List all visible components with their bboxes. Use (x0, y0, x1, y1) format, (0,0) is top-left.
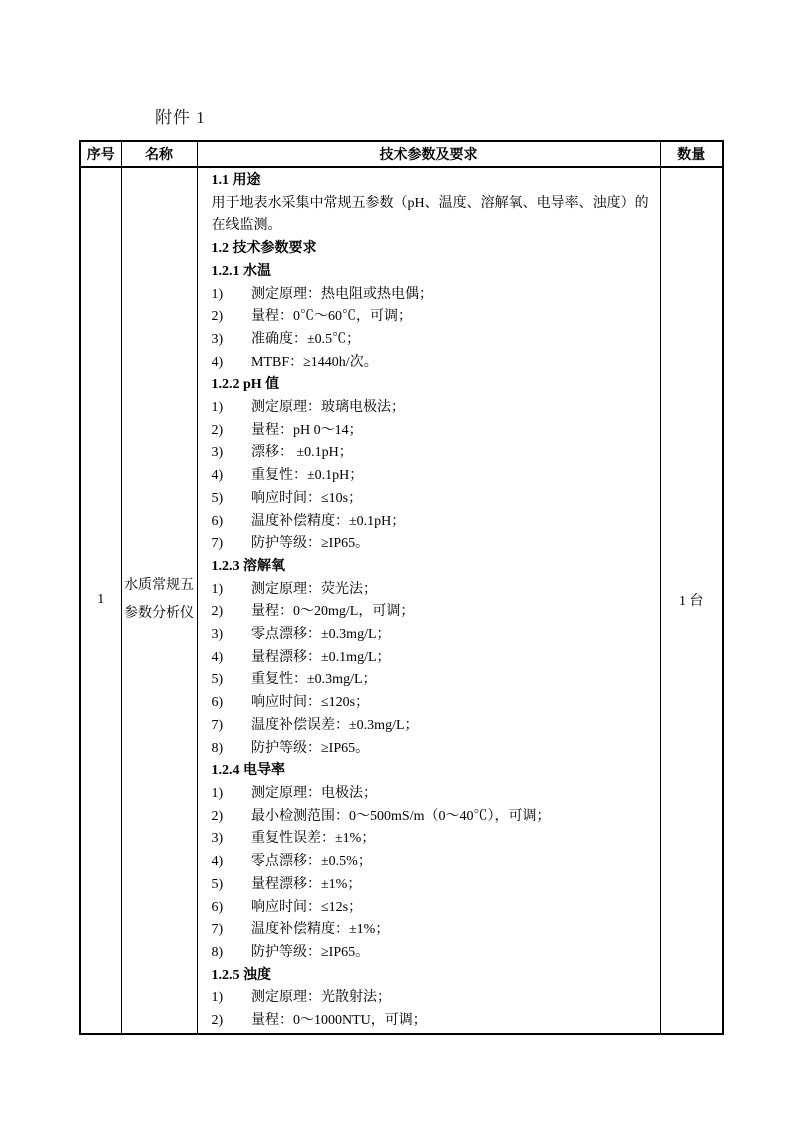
spec-item-number: 1) (212, 783, 248, 806)
spec-item-number: 5) (212, 669, 248, 692)
spec-item-number: 2) (212, 306, 248, 329)
spec-line: 1.2.2 pH 值 (212, 374, 654, 397)
header-name: 名称 (121, 141, 197, 167)
spec-line-text: MTBF：≥1440h/次。 (251, 355, 378, 370)
spec-line-text: 1.2 技术参数要求 (212, 241, 317, 256)
spec-line-text: 重复性误差：±1%； (251, 831, 375, 846)
spec-line: 2) 量程：0～1000NTU，可调； (212, 1010, 654, 1033)
spec-line-text: 防护等级：≥IP65。 (251, 945, 369, 960)
spec-line: 8) 防护等级：≥IP65。 (212, 738, 654, 761)
spec-line-text: 1.2.1 水温 (212, 264, 272, 279)
spec-item-number: 3) (212, 624, 248, 647)
spec-item-number: 5) (212, 874, 248, 897)
table-header-row: 序号 名称 技术参数及要求 数量 (80, 141, 723, 167)
spec-line-text: 温度补偿误差：±0.3mg/L； (251, 718, 419, 733)
spec-line: 1.2 技术参数要求 (212, 238, 654, 261)
spec-line-text: 响应时间：≤10s； (251, 491, 362, 506)
spec-line: 1.2.5 浊度 (212, 965, 654, 988)
table-row: 1 水质常规五参数分析仪 1.1 用途 用于地表水采集中常规五参数（pH、温度、… (80, 167, 723, 1034)
header-seq: 序号 (80, 141, 121, 167)
spec-item-number: 8) (212, 738, 248, 761)
spec-item-number: 4) (212, 465, 248, 488)
spec-line: 1.2.1 水温 (212, 261, 654, 284)
spec-item-number: 7) (212, 919, 248, 942)
spec-item-number: 3) (212, 329, 248, 352)
spec-line: 5) 重复性：±0.3mg/L； (212, 669, 654, 692)
spec-line-text: 1.2.5 浊度 (212, 968, 272, 983)
document-page: 附件 1 序号 名称 技术参数及要求 数量 1 水质常规五参数分析仪 (0, 0, 800, 1131)
spec-cell: 1.1 用途 用于地表水采集中常规五参数（pH、温度、溶解氧、电导率、浊度）的在… (197, 167, 660, 1034)
spec-line: 6) 响应时间：≤12s； (212, 897, 654, 920)
spec-line-text: 量程：0～1000NTU，可调； (251, 1013, 427, 1028)
spec-item-number: 2) (212, 806, 248, 829)
spec-line: 2) 量程：0℃～60℃，可调； (212, 306, 654, 329)
spec-line: 6) 响应时间：≤120s； (212, 692, 654, 715)
spec-line-text: 量程：0～20mg/L，可调； (251, 604, 414, 619)
qty-cell: 1 台 (660, 167, 723, 1034)
spec-line: 3) 漂移： ±0.1pH； (212, 442, 654, 465)
spec-item-number: 6) (212, 511, 248, 534)
spec-line: 5) 量程漂移：±1%； (212, 874, 654, 897)
spec-line: 1) 测定原理：热电阻或热电偶； (212, 284, 654, 307)
spec-line-text: 重复性：±0.1pH； (251, 468, 363, 483)
spec-line: 4) 重复性：±0.1pH； (212, 465, 654, 488)
spec-item-number: 2) (212, 420, 248, 443)
spec-line: 3) 零点漂移：±0.3mg/L； (212, 624, 654, 647)
spec-line-text: 量程漂移：±0.1mg/L； (251, 650, 391, 665)
spec-item-number: 7) (212, 533, 248, 556)
spec-line: 用于地表水采集中常规五参数（pH、温度、溶解氧、电导率、浊度）的在线监测。 (212, 193, 654, 238)
spec-item-number: 1) (212, 284, 248, 307)
spec-line-text: 零点漂移：±0.5%； (251, 854, 372, 869)
spec-line: 1.2.3 溶解氧 (212, 556, 654, 579)
spec-item-number: 8) (212, 942, 248, 965)
spec-line: 3) 准确度：±0.5℃； (212, 329, 654, 352)
spec-line-list: 1.1 用途 用于地表水采集中常规五参数（pH、温度、溶解氧、电导率、浊度）的在… (212, 170, 654, 1033)
spec-line: 4) 量程漂移：±0.1mg/L； (212, 647, 654, 670)
spec-line-text: 1.2.4 电导率 (212, 763, 286, 778)
spec-line: 7) 防护等级：≥IP65。 (212, 533, 654, 556)
spec-item-number: 4) (212, 647, 248, 670)
attachment-title: 附件 1 (155, 103, 206, 128)
spec-table: 序号 名称 技术参数及要求 数量 1 水质常规五参数分析仪 1.1 用途 (79, 140, 724, 1035)
spec-line-text: 温度补偿精度：±1%； (251, 922, 389, 937)
spec-line: 1) 测定原理：荧光法； (212, 579, 654, 602)
spec-line-text: 重复性：±0.3mg/L； (251, 672, 377, 687)
header-spec: 技术参数及要求 (197, 141, 660, 167)
spec-item-number: 3) (212, 442, 248, 465)
spec-line-text: 1.1 用途 (212, 173, 261, 188)
spec-line-text: 量程：0℃～60℃，可调； (251, 309, 412, 324)
spec-item-number: 4) (212, 352, 248, 375)
spec-line: 4) MTBF：≥1440h/次。 (212, 352, 654, 375)
spec-line: 8) 防护等级：≥IP65。 (212, 942, 654, 965)
spec-item-number: 1) (212, 397, 248, 420)
spec-line: 1) 测定原理：光散射法； (212, 987, 654, 1010)
spec-line-text: 漂移： ±0.1pH； (251, 445, 353, 460)
spec-line: 1) 测定原理：玻璃电极法； (212, 397, 654, 420)
spec-line-text: 测定原理：热电阻或热电偶； (251, 287, 433, 302)
spec-line-text: 准确度：±0.5℃； (251, 332, 360, 347)
seq-cell: 1 (80, 167, 121, 1034)
spec-item-number: 7) (212, 715, 248, 738)
spec-line-text: 最小检测范围：0～500mS/m（0～40℃），可调； (251, 809, 550, 824)
spec-line-text: 防护等级：≥IP65。 (251, 741, 369, 756)
spec-line-text: 响应时间：≤12s； (251, 900, 362, 915)
spec-line: 5) 响应时间：≤10s； (212, 488, 654, 511)
spec-line: 2) 量程：pH 0～14； (212, 420, 654, 443)
spec-line-text: 量程漂移：±1%； (251, 877, 361, 892)
spec-line: 1.2.4 电导率 (212, 760, 654, 783)
spec-line-text: 用于地表水采集中常规五参数（pH、温度、溶解氧、电导率、浊度）的在线监测。 (212, 196, 649, 234)
spec-item-number: 4) (212, 851, 248, 874)
spec-item-number: 6) (212, 897, 248, 920)
spec-line-text: 1.2.3 溶解氧 (212, 559, 286, 574)
spec-item-number: 2) (212, 1010, 248, 1033)
spec-line-text: 量程：pH 0～14； (251, 423, 363, 438)
spec-line: 7) 温度补偿误差：±0.3mg/L； (212, 715, 654, 738)
spec-line-text: 温度补偿精度：±0.1pH； (251, 514, 405, 529)
spec-line: 4) 零点漂移：±0.5%； (212, 851, 654, 874)
header-qty: 数量 (660, 141, 723, 167)
name-cell: 水质常规五参数分析仪 (121, 167, 197, 1034)
spec-line-text: 测定原理：玻璃电极法； (251, 400, 405, 415)
spec-line-text: 测定原理：光散射法； (251, 990, 391, 1005)
spec-line: 7) 温度补偿精度：±1%； (212, 919, 654, 942)
spec-line: 2) 量程：0～20mg/L，可调； (212, 601, 654, 624)
spec-line-text: 零点漂移：±0.3mg/L； (251, 627, 391, 642)
spec-item-number: 5) (212, 488, 248, 511)
spec-line: 3) 重复性误差：±1%； (212, 828, 654, 851)
spec-item-number: 1) (212, 579, 248, 602)
spec-line-text: 响应时间：≤120s； (251, 695, 369, 710)
spec-line-text: 1.2.2 pH 值 (212, 377, 280, 392)
spec-item-number: 2) (212, 601, 248, 624)
spec-line: 2) 最小检测范围：0～500mS/m（0～40℃），可调； (212, 806, 654, 829)
spec-line-text: 测定原理：电极法； (251, 786, 377, 801)
spec-line-text: 测定原理：荧光法； (251, 582, 377, 597)
spec-line-text: 防护等级：≥IP65。 (251, 536, 369, 551)
spec-item-number: 6) (212, 692, 248, 715)
spec-item-number: 3) (212, 828, 248, 851)
spec-line: 1.1 用途 (212, 170, 654, 193)
spec-item-number: 1) (212, 987, 248, 1010)
spec-line: 1) 测定原理：电极法； (212, 783, 654, 806)
spec-line: 6) 温度补偿精度：±0.1pH； (212, 511, 654, 534)
